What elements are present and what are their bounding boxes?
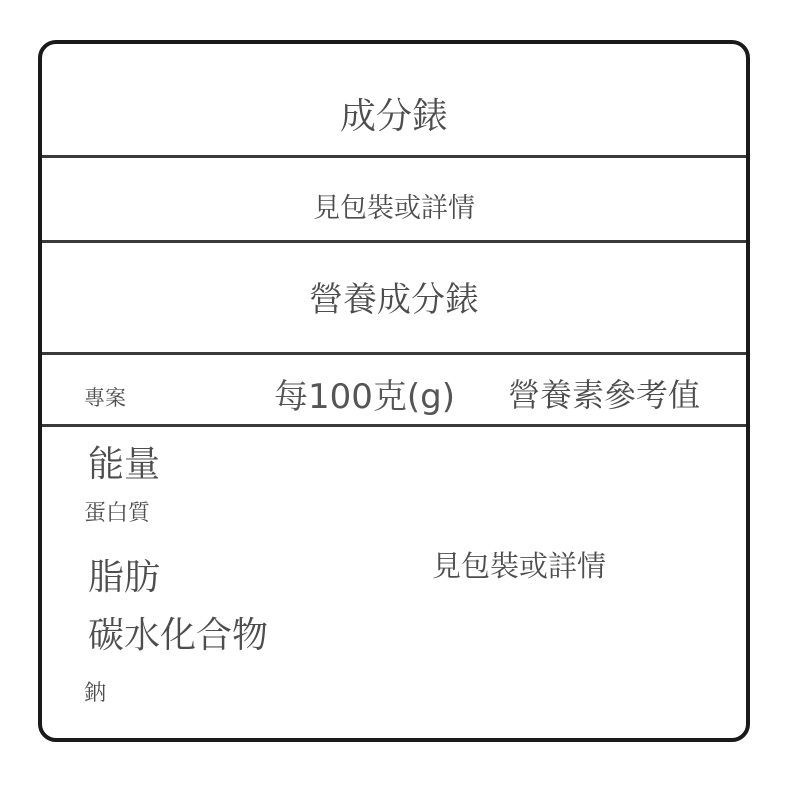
divider [42,352,746,355]
nutrient-sodium: 鈉 [84,676,106,707]
nutrient-carbohydrate: 碳水化合物 [88,607,268,658]
column-header-reference-value: 營養素參考值 [508,370,700,416]
divider [42,240,746,243]
nutrient-protein: 蛋白質 [84,496,150,527]
nutrition-label-box: 成分錶 見包裝或詳情 營養成分錶 專案 每100克(g) 營養素參考值 能量 蛋… [38,40,750,742]
column-header-per-100g: 每100克(g) [274,369,455,418]
ingredients-content: 見包裝或詳情 [42,186,746,225]
nutrition-values-note: 見包裝或詳情 [432,544,606,585]
divider [42,155,746,158]
divider [42,424,746,427]
ingredients-title: 成分錶 [42,88,746,139]
nutrient-energy: 能量 [88,436,160,487]
nutrient-fat: 脂肪 [88,549,160,600]
nutrition-title: 營養成分錶 [42,272,746,321]
column-header-item: 專案 [84,382,126,412]
